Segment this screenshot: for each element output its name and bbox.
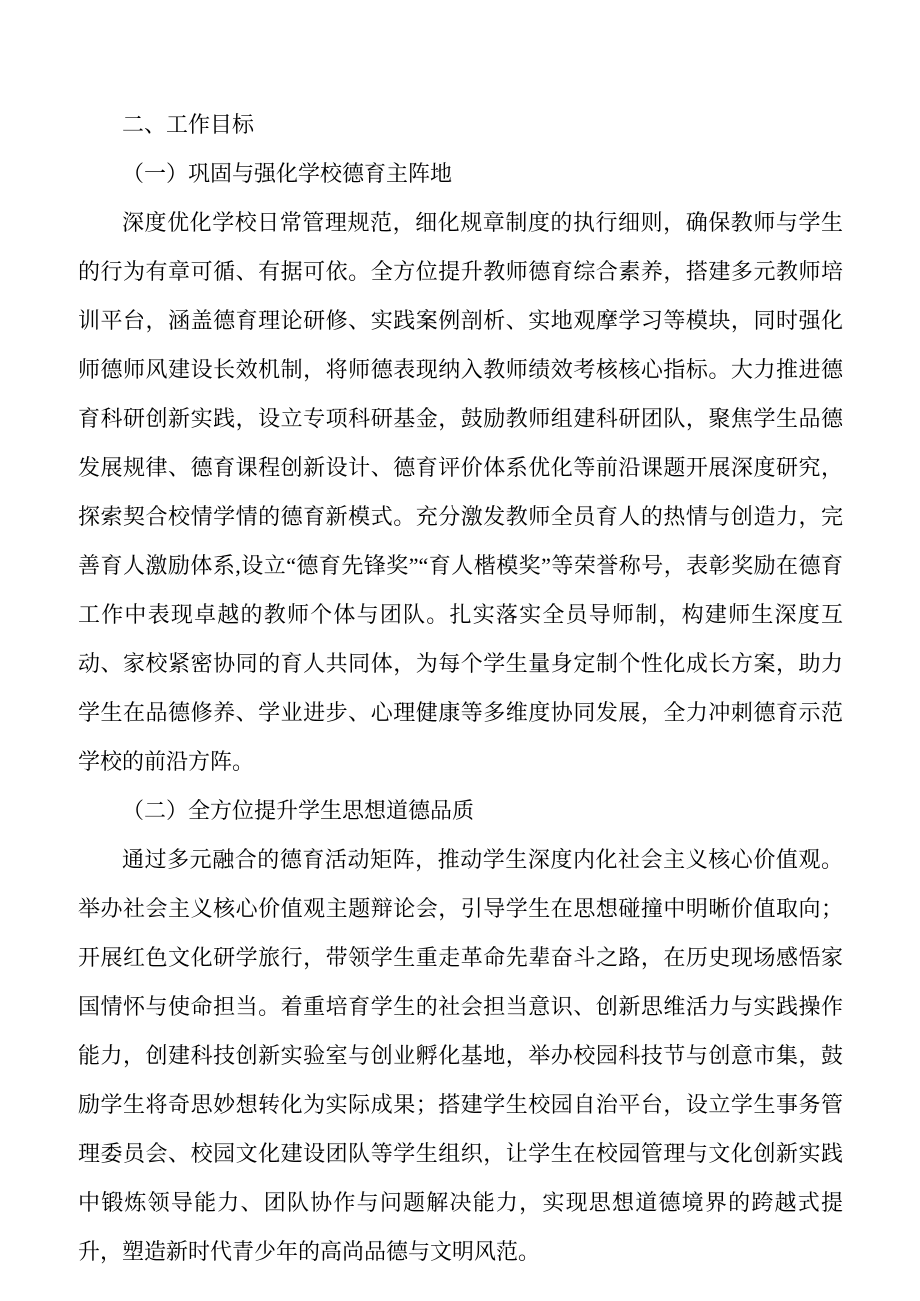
document-page: 二、工作目标 （一）巩固与强化学校德育主阵地 深度优化学校日常管理规范，细化规章… (0, 0, 920, 1301)
paragraph-improve-student-moral-quality: 通过多元融合的德育活动矩阵，推动学生深度内化社会主义核心价值观。举办社会主义核心… (78, 835, 843, 1276)
subsection-heading-consolidate-moral-education-base: （一）巩固与强化学校德育主阵地 (78, 149, 843, 198)
section-heading-work-goals: 二、工作目标 (78, 100, 843, 149)
paragraph-consolidate-moral-education-base: 深度优化学校日常管理规范，细化规章制度的执行细则，确保教师与学生的行为有章可循、… (78, 198, 843, 786)
subsection-heading-improve-student-moral-quality: （二）全方位提升学生思想道德品质 (78, 786, 843, 835)
